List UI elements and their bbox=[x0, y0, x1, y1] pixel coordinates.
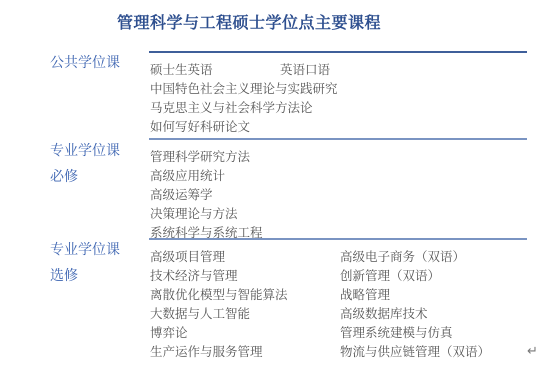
list-item: 技术经济与管理 bbox=[150, 266, 340, 285]
list-item: 高级电子商务（双语） bbox=[340, 247, 490, 266]
list-item: 大数据与人工智能 bbox=[150, 304, 340, 323]
section-label-line: 专业学位课 bbox=[50, 138, 120, 164]
elective-column-right: 高级电子商务（双语） 创新管理（双语） 战略管理 高级数据库技术 管理系统建模与… bbox=[340, 247, 490, 361]
section-divider bbox=[149, 238, 527, 240]
section-label-required-courses: 专业学位课 必修 bbox=[50, 138, 120, 190]
course-list-public: 硕士生英语 英语口语 中国特色社会主义理论与实践研究 马克思主义与社会科学方法论… bbox=[150, 60, 338, 136]
section-divider bbox=[149, 138, 527, 140]
section-label-line: 必修 bbox=[50, 164, 120, 190]
list-item: 高级数据库技术 bbox=[340, 304, 490, 323]
list-item: 战略管理 bbox=[340, 285, 490, 304]
list-item: 中国特色社会主义理论与实践研究 bbox=[150, 79, 338, 98]
list-item: 管理科学研究方法 bbox=[150, 147, 263, 166]
list-item: 管理系统建模与仿真 bbox=[340, 323, 490, 342]
section-label-line: 专业学位课 bbox=[50, 237, 120, 263]
section-label-line: 选修 bbox=[50, 263, 120, 289]
course-name: 硕士生英语 bbox=[150, 60, 280, 79]
page-title: 管理科学与工程硕士学位点主要课程 bbox=[117, 10, 417, 33]
list-item: 高级应用统计 bbox=[150, 166, 263, 185]
section-label-public-courses: 公共学位课 bbox=[50, 50, 120, 76]
section-divider bbox=[149, 51, 527, 53]
list-item: 博弈论 bbox=[150, 323, 340, 342]
list-item: 高级项目管理 bbox=[150, 247, 340, 266]
list-item: 如何写好科研论文 bbox=[150, 117, 338, 136]
list-item: 物流与供应链管理（双语） bbox=[340, 342, 490, 361]
list-item: 决策理论与方法 bbox=[150, 204, 263, 223]
list-item: 生产运作与服务管理 bbox=[150, 342, 340, 361]
list-item: 马克思主义与社会科学方法论 bbox=[150, 98, 338, 117]
section-label-elective-courses: 专业学位课 选修 bbox=[50, 237, 120, 289]
list-item: 创新管理（双语） bbox=[340, 266, 490, 285]
course-list-required: 管理科学研究方法 高级应用统计 高级运筹学 决策理论与方法 系统科学与系统工程 bbox=[150, 147, 263, 242]
paragraph-mark-icon: ↵ bbox=[527, 344, 538, 359]
section-label-line: 公共学位课 bbox=[50, 50, 120, 76]
list-item: 离散优化模型与智能算法 bbox=[150, 285, 340, 304]
course-list-elective: 高级项目管理 技术经济与管理 离散优化模型与智能算法 大数据与人工智能 博弈论 … bbox=[150, 247, 490, 361]
elective-column-left: 高级项目管理 技术经济与管理 离散优化模型与智能算法 大数据与人工智能 博弈论 … bbox=[150, 247, 340, 361]
course-name: 英语口语 bbox=[280, 60, 330, 79]
list-item: 高级运筹学 bbox=[150, 185, 263, 204]
list-item: 硕士生英语 英语口语 bbox=[150, 60, 338, 79]
